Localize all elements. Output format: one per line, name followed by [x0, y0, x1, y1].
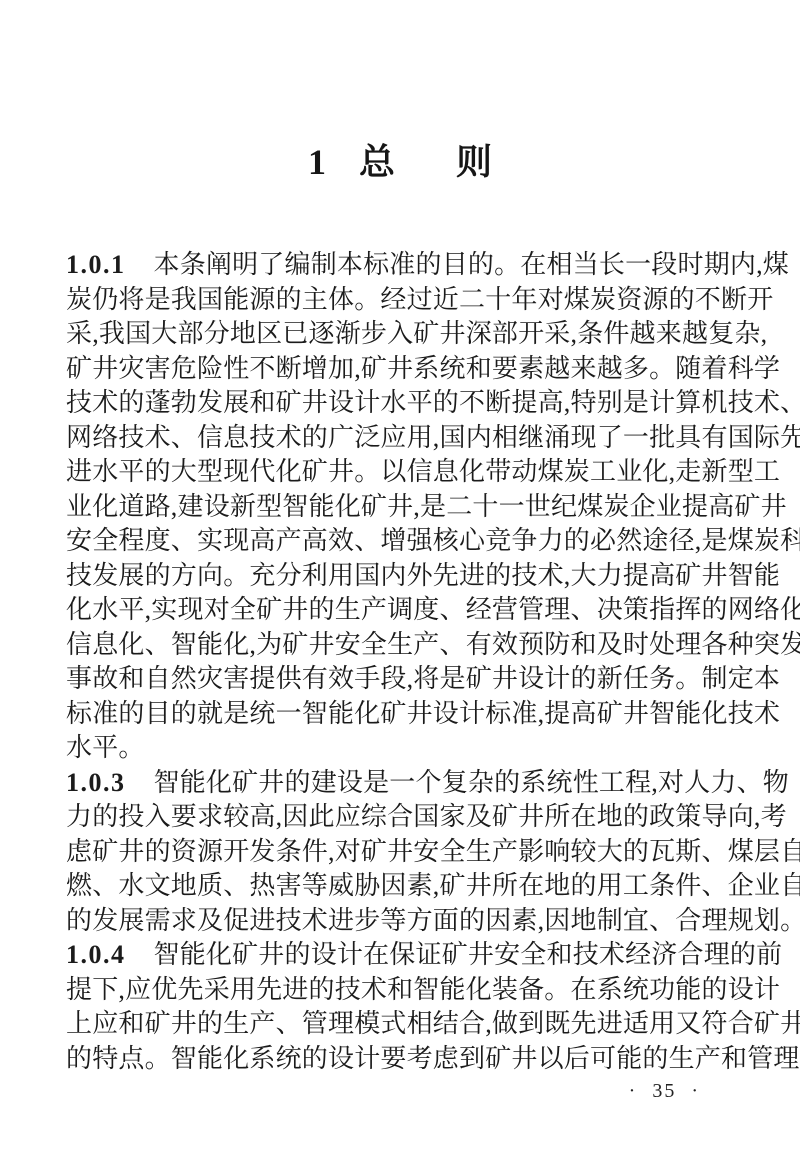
clause-number: 1.0.1	[66, 250, 126, 279]
page-number: · 35 ·	[629, 1080, 700, 1103]
text-line: 事故和自然灾害提供有效手段,将是矿井设计的新任务。制定本	[66, 662, 734, 697]
text-line: 矿井灾害危险性不断增加,矿井系统和要素越来越多。随着科学	[66, 352, 734, 387]
text-line: 水平。	[66, 731, 734, 766]
chapter-title: 1 总 则	[66, 138, 734, 186]
text-line: 信息化、智能化,为矿井安全生产、有效预防和及时处理各种突发	[66, 628, 734, 663]
text-line: 力的投入要求较高,因此应综合国家及矿井所在地的政策导向,考	[66, 800, 734, 835]
text-line: 安全程度、实现高产高效、增强核心竞争力的必然途径,是煤炭科	[66, 524, 734, 559]
text-line: 1.0.3智能化矿井的建设是一个复杂的系统性工程,对人力、物	[66, 766, 734, 801]
text-line: 提下,应优先采用先进的技术和智能化装备。在系统功能的设计	[66, 973, 734, 1008]
text-line: 进水平的大型现代化矿井。以信息化带动煤炭工业化,走新型工	[66, 455, 734, 490]
chapter-title-char-1: 总	[359, 142, 395, 182]
text-line: 虑矿井的资源开发条件,对矿井安全生产影响较大的瓦斯、煤层自	[66, 835, 734, 870]
text-line: 技发展的方向。充分利用国内外先进的技术,大力提高矿井智能	[66, 559, 734, 594]
document-page: 1 总 则 1.0.1本条阐明了编制本标准的目的。在相当长一段时期内,煤炭仍将是…	[0, 0, 800, 1171]
clause-number: 1.0.4	[66, 940, 126, 969]
clause-first-line-text: 智能化矿井的建设是一个复杂的系统性工程,对人力、物	[154, 768, 790, 797]
text-line: 标准的目的就是统一智能化矿井设计标准,提高矿井智能化技术	[66, 697, 734, 732]
clause-first-line-text: 智能化矿井的设计在保证矿井安全和技术经济合理的前	[154, 940, 783, 969]
chapter-title-char-2: 则	[456, 142, 492, 182]
text-line: 采,我国大部分地区已逐渐步入矿井深部开采,条件越来越复杂,	[66, 317, 734, 352]
text-line: 网络技术、信息技术的广泛应用,国内相继涌现了一批具有国际先	[66, 421, 734, 456]
clause-paragraph: 1.0.4智能化矿井的设计在保证矿井安全和技术经济合理的前提下,应优先采用先进的…	[66, 938, 734, 1076]
chapter-number: 1	[308, 142, 326, 182]
clause-first-line-text: 本条阐明了编制本标准的目的。在相当长一段时期内,煤	[154, 250, 790, 279]
text-line: 1.0.1本条阐明了编制本标准的目的。在相当长一段时期内,煤	[66, 248, 734, 283]
body-text: 1.0.1本条阐明了编制本标准的目的。在相当长一段时期内,煤炭仍将是我国能源的主…	[66, 248, 734, 1076]
text-line: 燃、水文地质、热害等威胁因素,矿井所在地的用工条件、企业自身	[66, 869, 734, 904]
text-line: 上应和矿井的生产、管理模式相结合,做到既先进适用又符合矿井	[66, 1007, 734, 1042]
clause-number: 1.0.3	[66, 768, 126, 797]
text-line: 炭仍将是我国能源的主体。经过近二十年对煤炭资源的不断开	[66, 283, 734, 318]
text-line: 化水平,实现对全矿井的生产调度、经营管理、决策指挥的网络化、	[66, 593, 734, 628]
text-line: 的发展需求及促进技术进步等方面的因素,因地制宜、合理规划。	[66, 904, 734, 939]
paragraphs: 1.0.1本条阐明了编制本标准的目的。在相当长一段时期内,煤炭仍将是我国能源的主…	[66, 248, 734, 1076]
text-line: 的特点。智能化系统的设计要考虑到矿井以后可能的生产和管理	[66, 1042, 734, 1077]
text-line: 1.0.4智能化矿井的设计在保证矿井安全和技术经济合理的前	[66, 938, 734, 973]
text-line: 业化道路,建设新型智能化矿井,是二十一世纪煤炭企业提高矿井	[66, 490, 734, 525]
clause-paragraph: 1.0.3智能化矿井的建设是一个复杂的系统性工程,对人力、物力的投入要求较高,因…	[66, 766, 734, 939]
text-line: 技术的蓬勃发展和矿井设计水平的不断提高,特别是计算机技术、	[66, 386, 734, 421]
clause-paragraph: 1.0.1本条阐明了编制本标准的目的。在相当长一段时期内,煤炭仍将是我国能源的主…	[66, 248, 734, 766]
